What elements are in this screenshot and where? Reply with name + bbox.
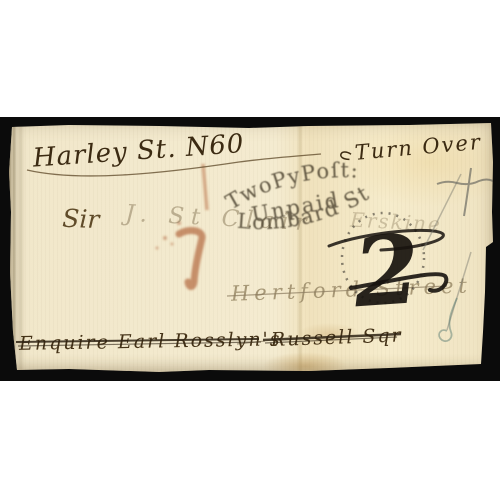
cover-markings: Harley St. N60 Turn Over Sir J. St Clair…	[9, 122, 494, 373]
rust-speck	[156, 247, 159, 250]
rust-stain-streak	[203, 164, 207, 210]
endorsement-top-left-text: Harley St. N60	[31, 129, 245, 174]
teal-squiggle-mark	[439, 298, 457, 341]
pencil-cross-mark	[437, 168, 493, 216]
address-salutation: Sir	[62, 204, 102, 234]
endorsement-top-right: Turn Over	[340, 130, 483, 166]
photo-mat: Harley St. N60 Turn Over Sir J. St Clair…	[0, 117, 500, 381]
cross-vertical-stroke	[464, 168, 471, 216]
photo-frame: Harley St. N60 Turn Over Sir J. St Clair…	[0, 0, 500, 500]
pencil-diagonal-marks	[423, 174, 471, 330]
cross-horizontal-squiggle	[437, 180, 493, 185]
endorsement-top-left: Harley St. N60	[31, 129, 245, 174]
endorsement-top-right-text: Turn Over	[354, 130, 483, 165]
postal-cover: Harley St. N60 Turn Over Sir J. St Clair…	[9, 122, 494, 373]
rust-stain-main	[179, 231, 202, 287]
rust-speck	[171, 243, 174, 246]
rust-speck	[163, 236, 167, 240]
